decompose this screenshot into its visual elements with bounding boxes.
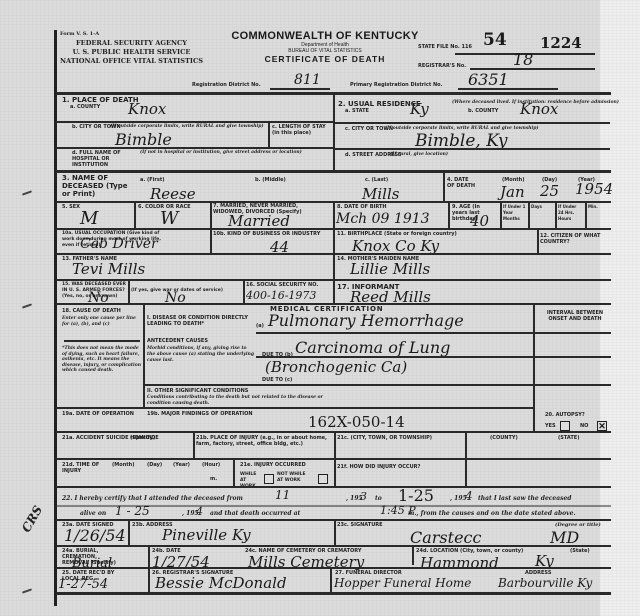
last-name-label: c. (Last): [365, 177, 388, 183]
length-of-stay-label: c. LENGTH OF STAY (in this place): [272, 124, 330, 136]
reg-district-label: Registration District No.: [192, 82, 261, 88]
rule: [330, 567, 332, 592]
business-label: 10b. KIND OF BUSINESS OR INDUSTRY: [213, 231, 328, 237]
rule: [448, 201, 450, 228]
rule: [56, 458, 611, 460]
attended-to: 1-25: [398, 486, 434, 505]
interval-label: INTERVAL BETWEEN ONSET AND DEATH: [540, 310, 610, 322]
rule: [243, 279, 245, 303]
rule: [233, 458, 235, 486]
cause-footnote: *This does not mean the mode of dying, s…: [62, 346, 142, 374]
certificate-title-block: COMMONWEALTH OF KENTUCKY Department of H…: [230, 30, 420, 64]
autopsy-no-label: NO: [580, 423, 588, 429]
rule: [143, 303, 145, 407]
rule: [333, 253, 335, 279]
age-hours-label: If Under 24 Hrs. Hours: [558, 204, 582, 222]
date-of-birth: Mch 09 1913: [336, 211, 430, 227]
rule: [56, 228, 611, 230]
from-year: 3: [360, 490, 367, 503]
antecedent-label: ANTECEDENT CAUSES: [147, 338, 208, 344]
rule: [128, 279, 130, 303]
autopsy-yes-label: YES: [545, 423, 556, 429]
injury-place-label: 21b. PLACE OF INJURY (e.g., in or about …: [196, 435, 331, 447]
rule: [128, 519, 130, 545]
primary-reg: 6351: [468, 70, 509, 89]
cause-a: Pulmonary Hemorrhage: [268, 311, 464, 330]
state-file-number: 1224: [540, 34, 582, 52]
death-occurred-label: and that death occurred at: [210, 511, 300, 517]
certify-line1-suffix: that I last saw the deceased: [478, 496, 572, 502]
attended-from: 11: [275, 488, 290, 502]
county-label: a. COUNTY: [70, 104, 100, 110]
race: W: [160, 208, 179, 229]
state-title: COMMONWEALTH OF KENTUCKY: [230, 30, 420, 42]
middle-name-label: b. (Middle): [255, 177, 286, 183]
primary-reg-label: Primary Registration District No.: [350, 82, 443, 88]
rec-date: 1-27-54: [58, 577, 108, 592]
autopsy-label: 20. AUTOPSY?: [545, 412, 585, 418]
rule: [210, 201, 212, 228]
registrar-no: 18: [513, 50, 533, 69]
rule: [256, 356, 611, 358]
cause-label: 18. CAUSE OF DEATH: [62, 308, 121, 314]
injury-month-label: (Month): [112, 462, 135, 468]
mother-name: Lillie Mills: [350, 260, 430, 278]
residence-county: Knox: [520, 100, 558, 118]
op-date-label: 19a. DATE OF OPERATION: [62, 411, 142, 417]
cause-a-label: (a): [256, 323, 264, 329]
cause-c-label: DUE TO (c): [262, 377, 292, 383]
death-day: 25: [540, 182, 559, 200]
injury-day-label: (Day): [147, 462, 162, 468]
injury-time-label: 21d. TIME OF INJURY: [62, 462, 102, 474]
rule: [56, 170, 611, 173]
social-security-number: 400-16-1973: [246, 289, 316, 302]
date-of-death-label: 4. DATE OF DEATH: [447, 177, 477, 189]
injury-city-label: 21c. (CITY, TOWN, OR TOWNSHIP): [337, 435, 432, 441]
cause-b-continued: (Bronchogenic Ca): [265, 358, 407, 376]
agency-header: Form V. S. 1-A FEDERAL SECURITY AGENCY U…: [60, 30, 203, 66]
autopsy-yes-checkbox[interactable]: [560, 421, 570, 431]
ssn-label: 16. SOCIAL SECURITY NO.: [246, 282, 318, 288]
rule: [210, 228, 212, 253]
to-year: 4: [465, 489, 473, 503]
first-name-label: a. (First): [140, 177, 165, 183]
injury-specify: (Specify): [130, 435, 155, 441]
rule: [56, 567, 611, 569]
rule: [56, 407, 533, 409]
op-findings-label: 19b. MAJOR FINDINGS OF OPERATION: [147, 411, 253, 417]
injury-m-label: m.: [210, 476, 217, 482]
while-at-work-checkbox[interactable]: [264, 474, 274, 484]
death-month: Jan: [500, 183, 525, 201]
reg-district: 811: [294, 72, 321, 88]
rule: [585, 201, 587, 228]
alive-year: 4: [196, 505, 203, 518]
rule: [56, 147, 334, 149]
date-signed: 1/26/54: [64, 526, 126, 545]
death-county: Knox: [128, 100, 166, 118]
cause-note: Enter only one cause per line for (a), (…: [62, 316, 140, 328]
form-number: Form V. S. 1-A: [60, 30, 203, 39]
death-year: 1954: [575, 180, 613, 198]
rule: [528, 201, 530, 228]
op-code: 162X-050-14: [308, 413, 405, 431]
agency-line: U. S. PUBLIC HEALTH SERVICE: [60, 48, 203, 57]
father-name: Tevi Mills: [72, 260, 145, 278]
not-while-at-work-label: NOT WHILE AT WORK: [277, 472, 307, 484]
certify-line2-suffix: m., from the causes and on the date stat…: [408, 511, 576, 517]
state-file-year: 54: [483, 30, 507, 50]
autopsy-no-checkbox[interactable]: ✕: [597, 421, 607, 431]
antecedent-note: Morbid conditions, if any, giving rise t…: [147, 346, 255, 364]
rule: [334, 519, 336, 545]
occupation: Cab Driver: [80, 236, 158, 252]
injury-year-label: (Year): [173, 462, 190, 468]
physician-address: Pineville Ky: [162, 526, 251, 544]
injury-occurred-label: 21e. INJURY OCCURRED: [240, 462, 306, 468]
rule: [443, 171, 445, 201]
margin-mark: [22, 303, 32, 308]
rule: [334, 122, 610, 124]
age-days-label: Days: [531, 204, 551, 210]
funeral-director: Hopper Funeral Home: [334, 576, 471, 590]
rule: [134, 201, 136, 228]
hospital-note: (If not in hospital or institution, give…: [140, 150, 302, 156]
signature-label: 23c. SIGNATURE: [337, 522, 383, 528]
part2-note: Conditions contributing to the death but…: [147, 395, 327, 407]
rule: [500, 201, 502, 228]
age-months-label: If Under 1 Year Months: [503, 204, 527, 222]
document-type: CERTIFICATE OF DEATH: [230, 54, 420, 64]
name-label: 3. NAME OF DECEASED (Type or Print): [62, 174, 132, 198]
rule: [333, 93, 335, 170]
to-label: to: [375, 496, 382, 502]
rule: [270, 88, 330, 90]
rule: [555, 201, 557, 228]
location-state-label: (State): [570, 548, 590, 554]
burial-type: Burial: [72, 556, 112, 571]
burial-location: Hammond: [420, 554, 499, 572]
rule: [334, 148, 610, 150]
rule: [64, 340, 140, 342]
margin-initials: CRS: [19, 503, 45, 534]
funeral-address: Barbourville Ky: [498, 576, 592, 590]
rule: [537, 228, 539, 253]
sex: M: [80, 208, 98, 229]
not-while-at-work-checkbox[interactable]: [318, 474, 328, 484]
residence-county-label: b. COUNTY: [468, 108, 498, 114]
residence-state-label: a. STATE: [345, 108, 369, 114]
rule: [56, 121, 334, 123]
rule: [56, 486, 611, 488]
rule: [412, 545, 414, 565]
residence-state: Ky: [410, 100, 429, 118]
citizen-label: 12. CITIZEN OF WHAT COUNTRY?: [540, 233, 608, 245]
certify-line1-prefix: 22. I hereby certify that I attended the…: [62, 496, 243, 502]
agency-line: FEDERAL SECURITY AGENCY: [60, 39, 203, 48]
injury-state-label: (STATE): [558, 435, 580, 441]
cause-b: Carcinoma of Lung: [295, 338, 450, 357]
part2-label: II. OTHER SIGNIFICANT CONDITIONS: [147, 388, 248, 394]
rule: [143, 384, 611, 386]
injury-county-label: (COUNTY): [490, 435, 518, 441]
registrar-signature: Bessie McDonald: [155, 574, 287, 592]
alive-on-label: alive on: [80, 511, 106, 517]
dob-label: 8. DATE OF BIRTH: [337, 204, 387, 210]
registrar-no-label: REGISTRAR'S No.: [418, 63, 466, 69]
death-certificate-scan: Form V. S. 1-A FEDERAL SECURITY AGENCY U…: [0, 0, 640, 616]
agency-line: NATIONAL OFFICE VITAL STATISTICS: [60, 57, 203, 66]
margin-mark: [22, 588, 32, 593]
age-min-label: Min.: [588, 204, 598, 210]
rule: [56, 545, 611, 547]
rule: [268, 121, 270, 147]
margin-mark: [22, 190, 32, 195]
state-file-label: STATE FILE No. 116: [418, 44, 472, 50]
rule: [533, 303, 535, 431]
hospital-label: d. FULL NAME OF HOSPITAL OR INSTITUTION: [72, 150, 142, 168]
injury-how-label: 21f. HOW DID INJURY OCCUR?: [337, 464, 420, 470]
injury-hour-label: (Hour): [202, 462, 220, 468]
rule: [56, 592, 611, 595]
usual-residence-header: 2. USUAL RESIDENCE: [338, 100, 421, 108]
sex-label: 5. SEX: [62, 204, 80, 210]
street-note: (If rural, give location): [390, 152, 448, 158]
part1-label: I. DISEASE OR CONDITION DIRECTLY LEADING…: [147, 315, 257, 327]
rule: [256, 332, 611, 334]
rule: [193, 431, 195, 458]
rule: [333, 279, 335, 303]
rule: [333, 201, 335, 253]
rule: [148, 545, 150, 592]
alive-on: 1 - 25: [115, 504, 150, 518]
